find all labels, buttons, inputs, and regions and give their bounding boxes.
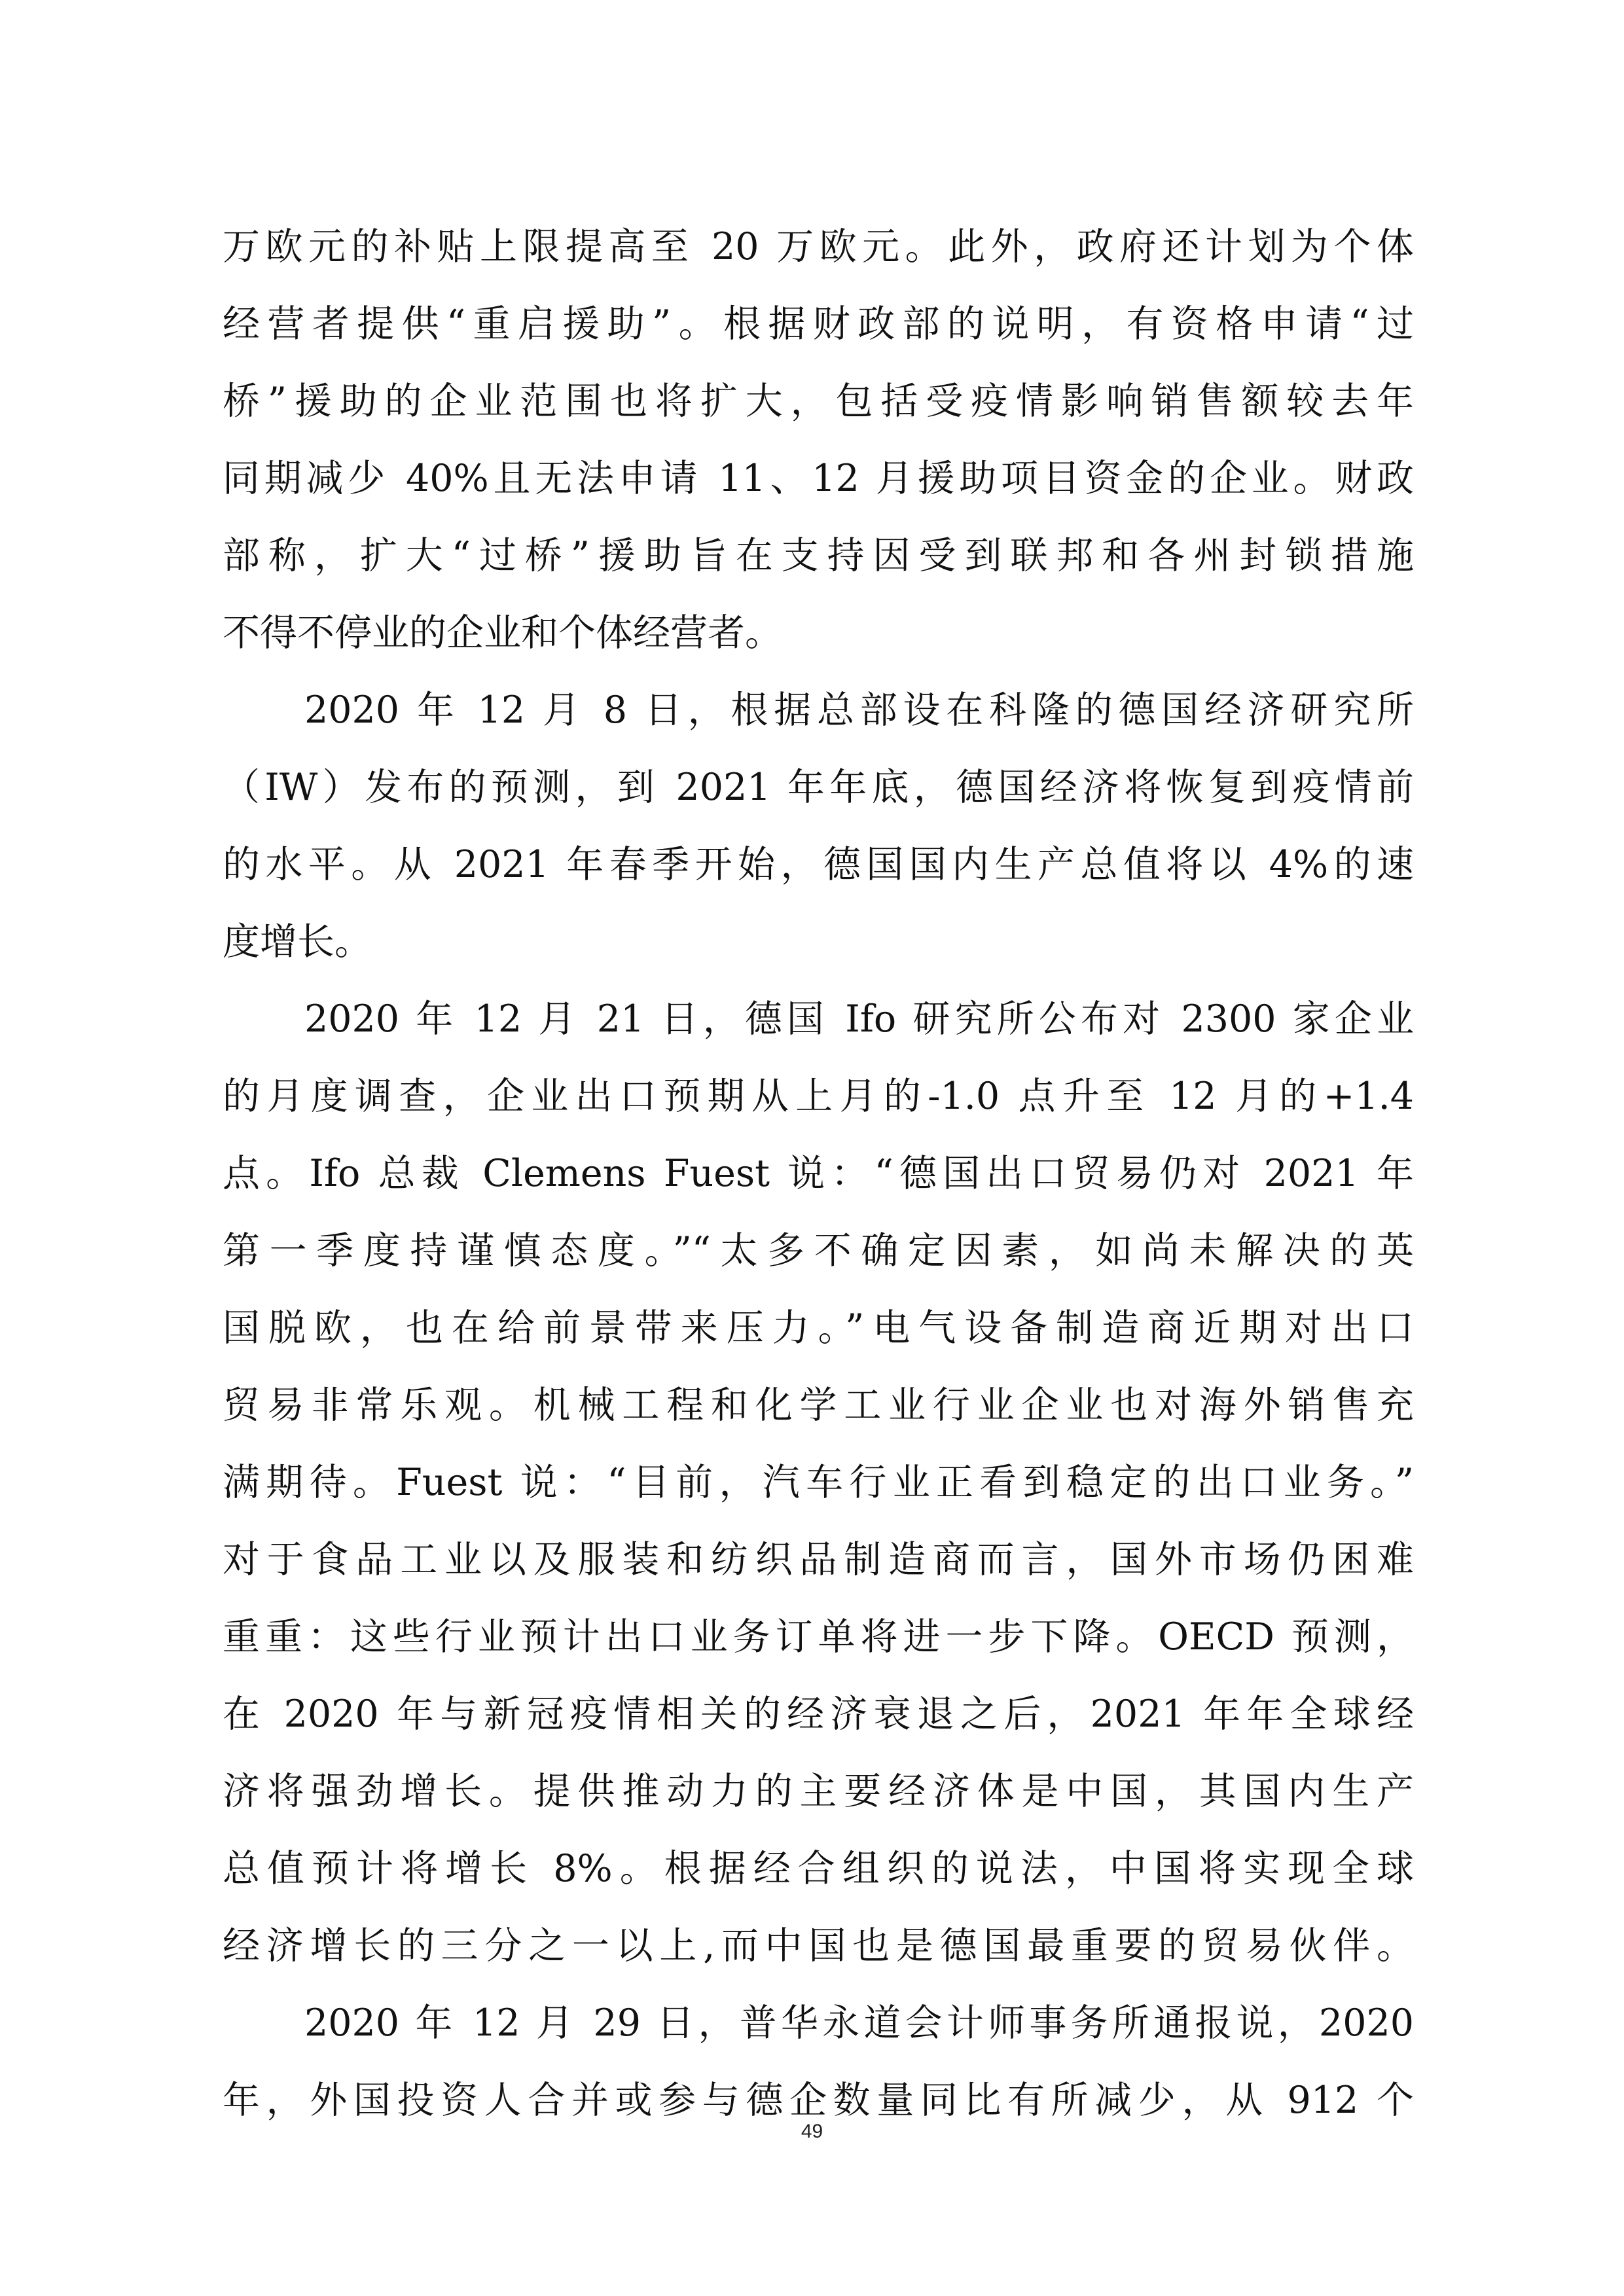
document-body: 万欧元的补贴上限提高至 20 万欧元。此外，政府还计划为个体 经营者提供“重启援… <box>223 208 1414 2139</box>
text-line: 2020 年 12 月 29 日，普华永道会计师事务所通报说，2020 <box>223 1984 1414 2062</box>
text-line: 满期待。Fuest 说：“目前，汽车行业正看到稳定的出口业务。” <box>223 1444 1414 1521</box>
paragraph-4: 2020 年 12 月 29 日，普华永道会计师事务所通报说，2020 年，外国… <box>223 1984 1414 2139</box>
text-line: 贸易非常乐观。机械工程和化学工业行业企业也对海外销售充 <box>223 1367 1414 1444</box>
text-line: 国脱欧，也在给前景带来压力。”电气设备制造商近期对出口 <box>223 1289 1414 1367</box>
text-line: 部称，扩大“过桥”援助旨在支持因受到联邦和各州封锁措施 <box>223 517 1414 594</box>
text-line: 第一季度持谨慎态度。”“太多不确定因素，如尚未解决的英 <box>223 1212 1414 1289</box>
text-line: 经营者提供“重启援助”。根据财政部的说明，有资格申请“过 <box>223 285 1414 363</box>
text-line: 经济增长的三分之一以上,而中国也是德国最重要的贸易伙伴。 <box>223 1907 1414 1984</box>
text-line: （IW）发布的预测，到 2021 年年底，德国经济将恢复到疫情前 <box>223 749 1414 826</box>
text-line: 2020 年 12 月 8 日，根据总部设在科隆的德国经济研究所 <box>223 672 1414 749</box>
text-line: 在 2020 年与新冠疫情相关的经济衰退之后，2021 年年全球经 <box>223 1676 1414 1753</box>
paragraph-3: 2020 年 12 月 21 日，德国 Ifo 研究所公布对 2300 家企业 … <box>223 980 1414 1984</box>
text-line: 桥”援助的企业范围也将扩大，包括受疫情影响销售额较去年 <box>223 363 1414 440</box>
text-line: 重重：这些行业预计出口业务订单将进一步下降。OECD 预测， <box>223 1598 1414 1676</box>
text-line: 点。Ifo 总裁 Clemens Fuest 说：“德国出口贸易仍对 2021 … <box>223 1135 1414 1212</box>
text-line: 济将强劲增长。提供推动力的主要经济体是中国，其国内生产 <box>223 1753 1414 1830</box>
text-line: 的月度调查，企业出口预期从上月的-1.0 点升至 12 月的+1.4 <box>223 1058 1414 1135</box>
paragraph-1: 万欧元的补贴上限提高至 20 万欧元。此外，政府还计划为个体 经营者提供“重启援… <box>223 208 1414 672</box>
text-line: 万欧元的补贴上限提高至 20 万欧元。此外，政府还计划为个体 <box>223 208 1414 285</box>
page-number: 49 <box>0 2121 1624 2143</box>
text-line: 度增长。 <box>223 903 1414 980</box>
text-line: 不得不停业的企业和个体经营者。 <box>223 594 1414 672</box>
text-line: 同期减少 40%且无法申请 11、12 月援助项目资金的企业。财政 <box>223 440 1414 517</box>
paragraph-2: 2020 年 12 月 8 日，根据总部设在科隆的德国经济研究所 （IW）发布的… <box>223 672 1414 980</box>
text-line: 2020 年 12 月 21 日，德国 Ifo 研究所公布对 2300 家企业 <box>223 980 1414 1058</box>
text-line: 对于食品工业以及服装和纺织品制造商而言，国外市场仍困难 <box>223 1521 1414 1598</box>
text-line: 总值预计将增长 8%。根据经合组织的说法，中国将实现全球 <box>223 1830 1414 1907</box>
text-line: 的水平。从 2021 年春季开始，德国国内生产总值将以 4%的速 <box>223 826 1414 903</box>
